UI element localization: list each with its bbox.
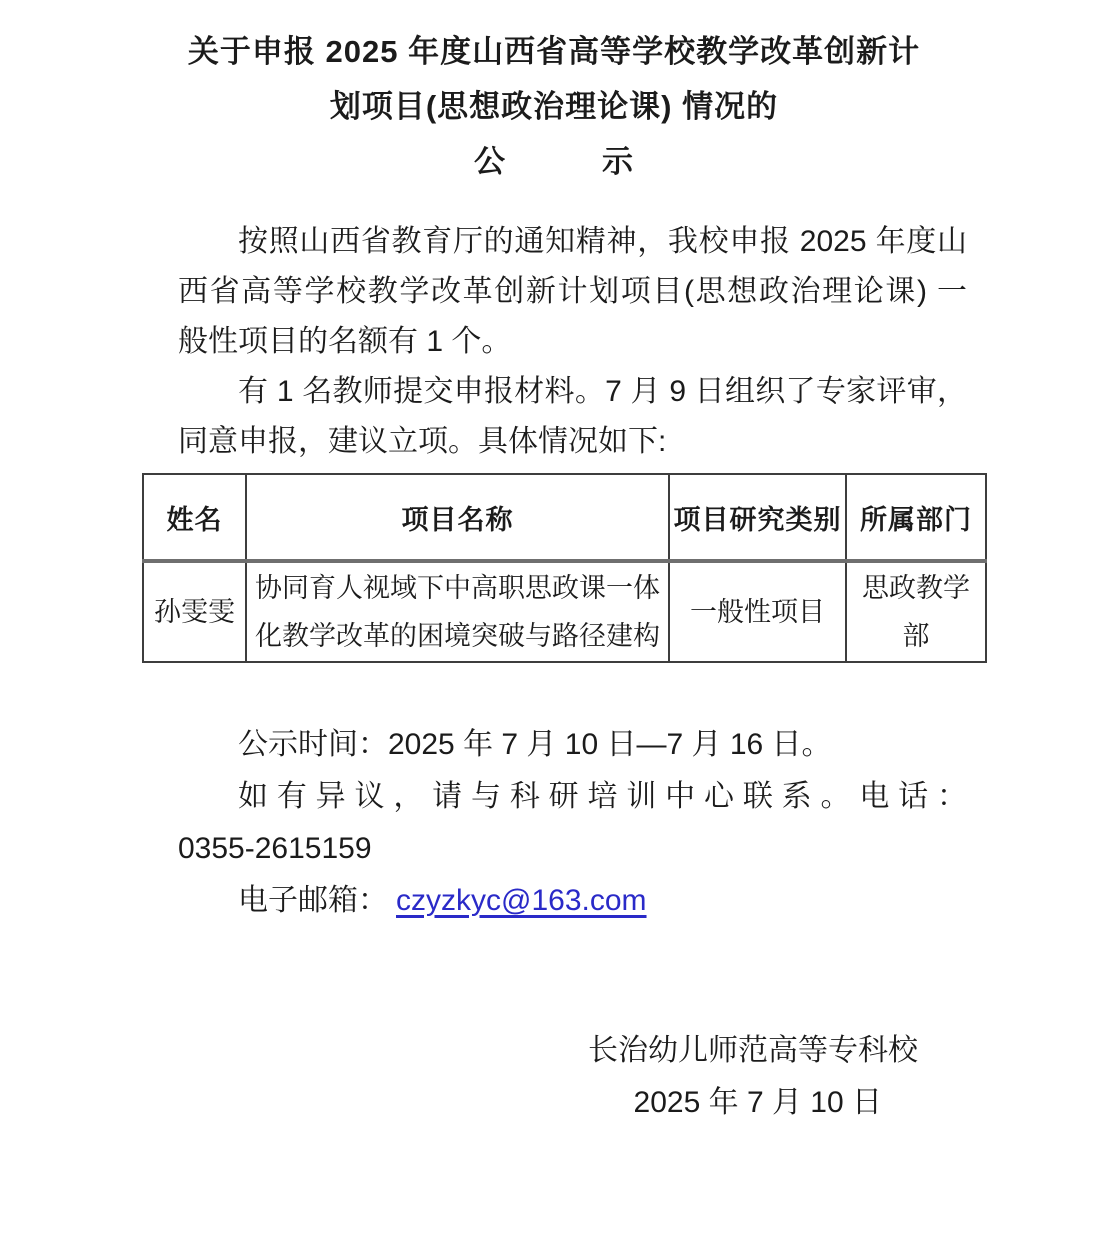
email-line: 电子邮箱：czyzkyc@163.com: [178, 875, 967, 927]
body-line: 有 1 名教师提交申报材料。7 月 9 日组织了专家评审，: [178, 367, 967, 417]
contact-section: 公示时间：2025 年 7 月 10 日—7 月 16 日。 如有异议，请与科研…: [178, 719, 967, 927]
cell-project-title: 协同育人视域下中高职思政课一体化教学改革的困境突破与路径建构: [246, 561, 669, 662]
signature-date: 2025 年 7 月 10 日: [0, 1077, 1108, 1129]
paragraph-review: 有 1 名教师提交申报材料。7 月 9 日组织了专家评审， 同意申报，建议立项。…: [178, 367, 967, 467]
phone-number: 0355-2615159: [178, 823, 967, 875]
cell-department: 思政教学部: [846, 561, 986, 662]
header-research-category: 项目研究类别: [669, 474, 846, 561]
title-line-2: 划项目(思想政治理论课) 情况的: [0, 79, 1108, 134]
cell-department-text: 思政教学部: [860, 564, 972, 660]
body-line: 按照山西省教育厅的通知精神，我校申报 2025 年度山: [178, 217, 967, 267]
objection-line: 如有异议，请与科研培训中心联系。电话：: [178, 771, 967, 823]
publicity-period-line: 公示时间：2025 年 7 月 10 日—7 月 16 日。: [178, 719, 967, 771]
table-header-row: 姓名 项目名称 项目研究类别 所属部门: [143, 474, 986, 561]
header-name: 姓名: [143, 474, 246, 561]
cell-research-category: 一般性项目: [669, 561, 846, 662]
body-line: 西省高等学校教学改革创新计划项目(思想政治理论课) 一: [178, 267, 967, 317]
announcement-document: 关于申报 2025 年度山西省高等学校教学改革创新计 划项目(思想政治理论课) …: [0, 0, 1108, 1252]
body-line: 般性项目的名额有 1 个。: [178, 317, 967, 367]
header-project-title: 项目名称: [246, 474, 669, 561]
title-line-gongshi: 公 示: [0, 134, 1108, 189]
table-row: 孙雯雯 协同育人视域下中高职思政课一体化教学改革的困境突破与路径建构 一般性项目…: [143, 561, 986, 662]
email-link[interactable]: czyzkyc@163.com: [396, 884, 647, 917]
document-title: 关于申报 2025 年度山西省高等学校教学改革创新计 划项目(思想政治理论课) …: [0, 0, 1108, 189]
cell-project-title-text: 协同育人视域下中高职思政课一体化教学改革的困境突破与路径建构: [253, 564, 663, 660]
document-body: 按照山西省教育厅的通知精神，我校申报 2025 年度山 西省高等学校教学改革创新…: [178, 217, 967, 467]
cell-teacher-name: 孙雯雯: [143, 561, 246, 662]
header-department: 所属部门: [846, 474, 986, 561]
title-line-1: 关于申报 2025 年度山西省高等学校教学改革创新计: [0, 24, 1108, 79]
body-line: 同意申报，建议立项。具体情况如下:: [178, 417, 967, 467]
signature-section: 长治幼儿师范高等专科校 2025 年 7 月 10 日: [0, 1025, 1108, 1129]
email-label: 电子邮箱：: [238, 884, 388, 917]
signature-organization: 长治幼儿师范高等专科校: [0, 1025, 1108, 1077]
paragraph-quota: 按照山西省教育厅的通知精神，我校申报 2025 年度山 西省高等学校教学改革创新…: [178, 217, 967, 367]
projects-table: 姓名 项目名称 项目研究类别 所属部门 孙雯雯 协同育人视域下中高职思政课一体化…: [142, 473, 987, 663]
